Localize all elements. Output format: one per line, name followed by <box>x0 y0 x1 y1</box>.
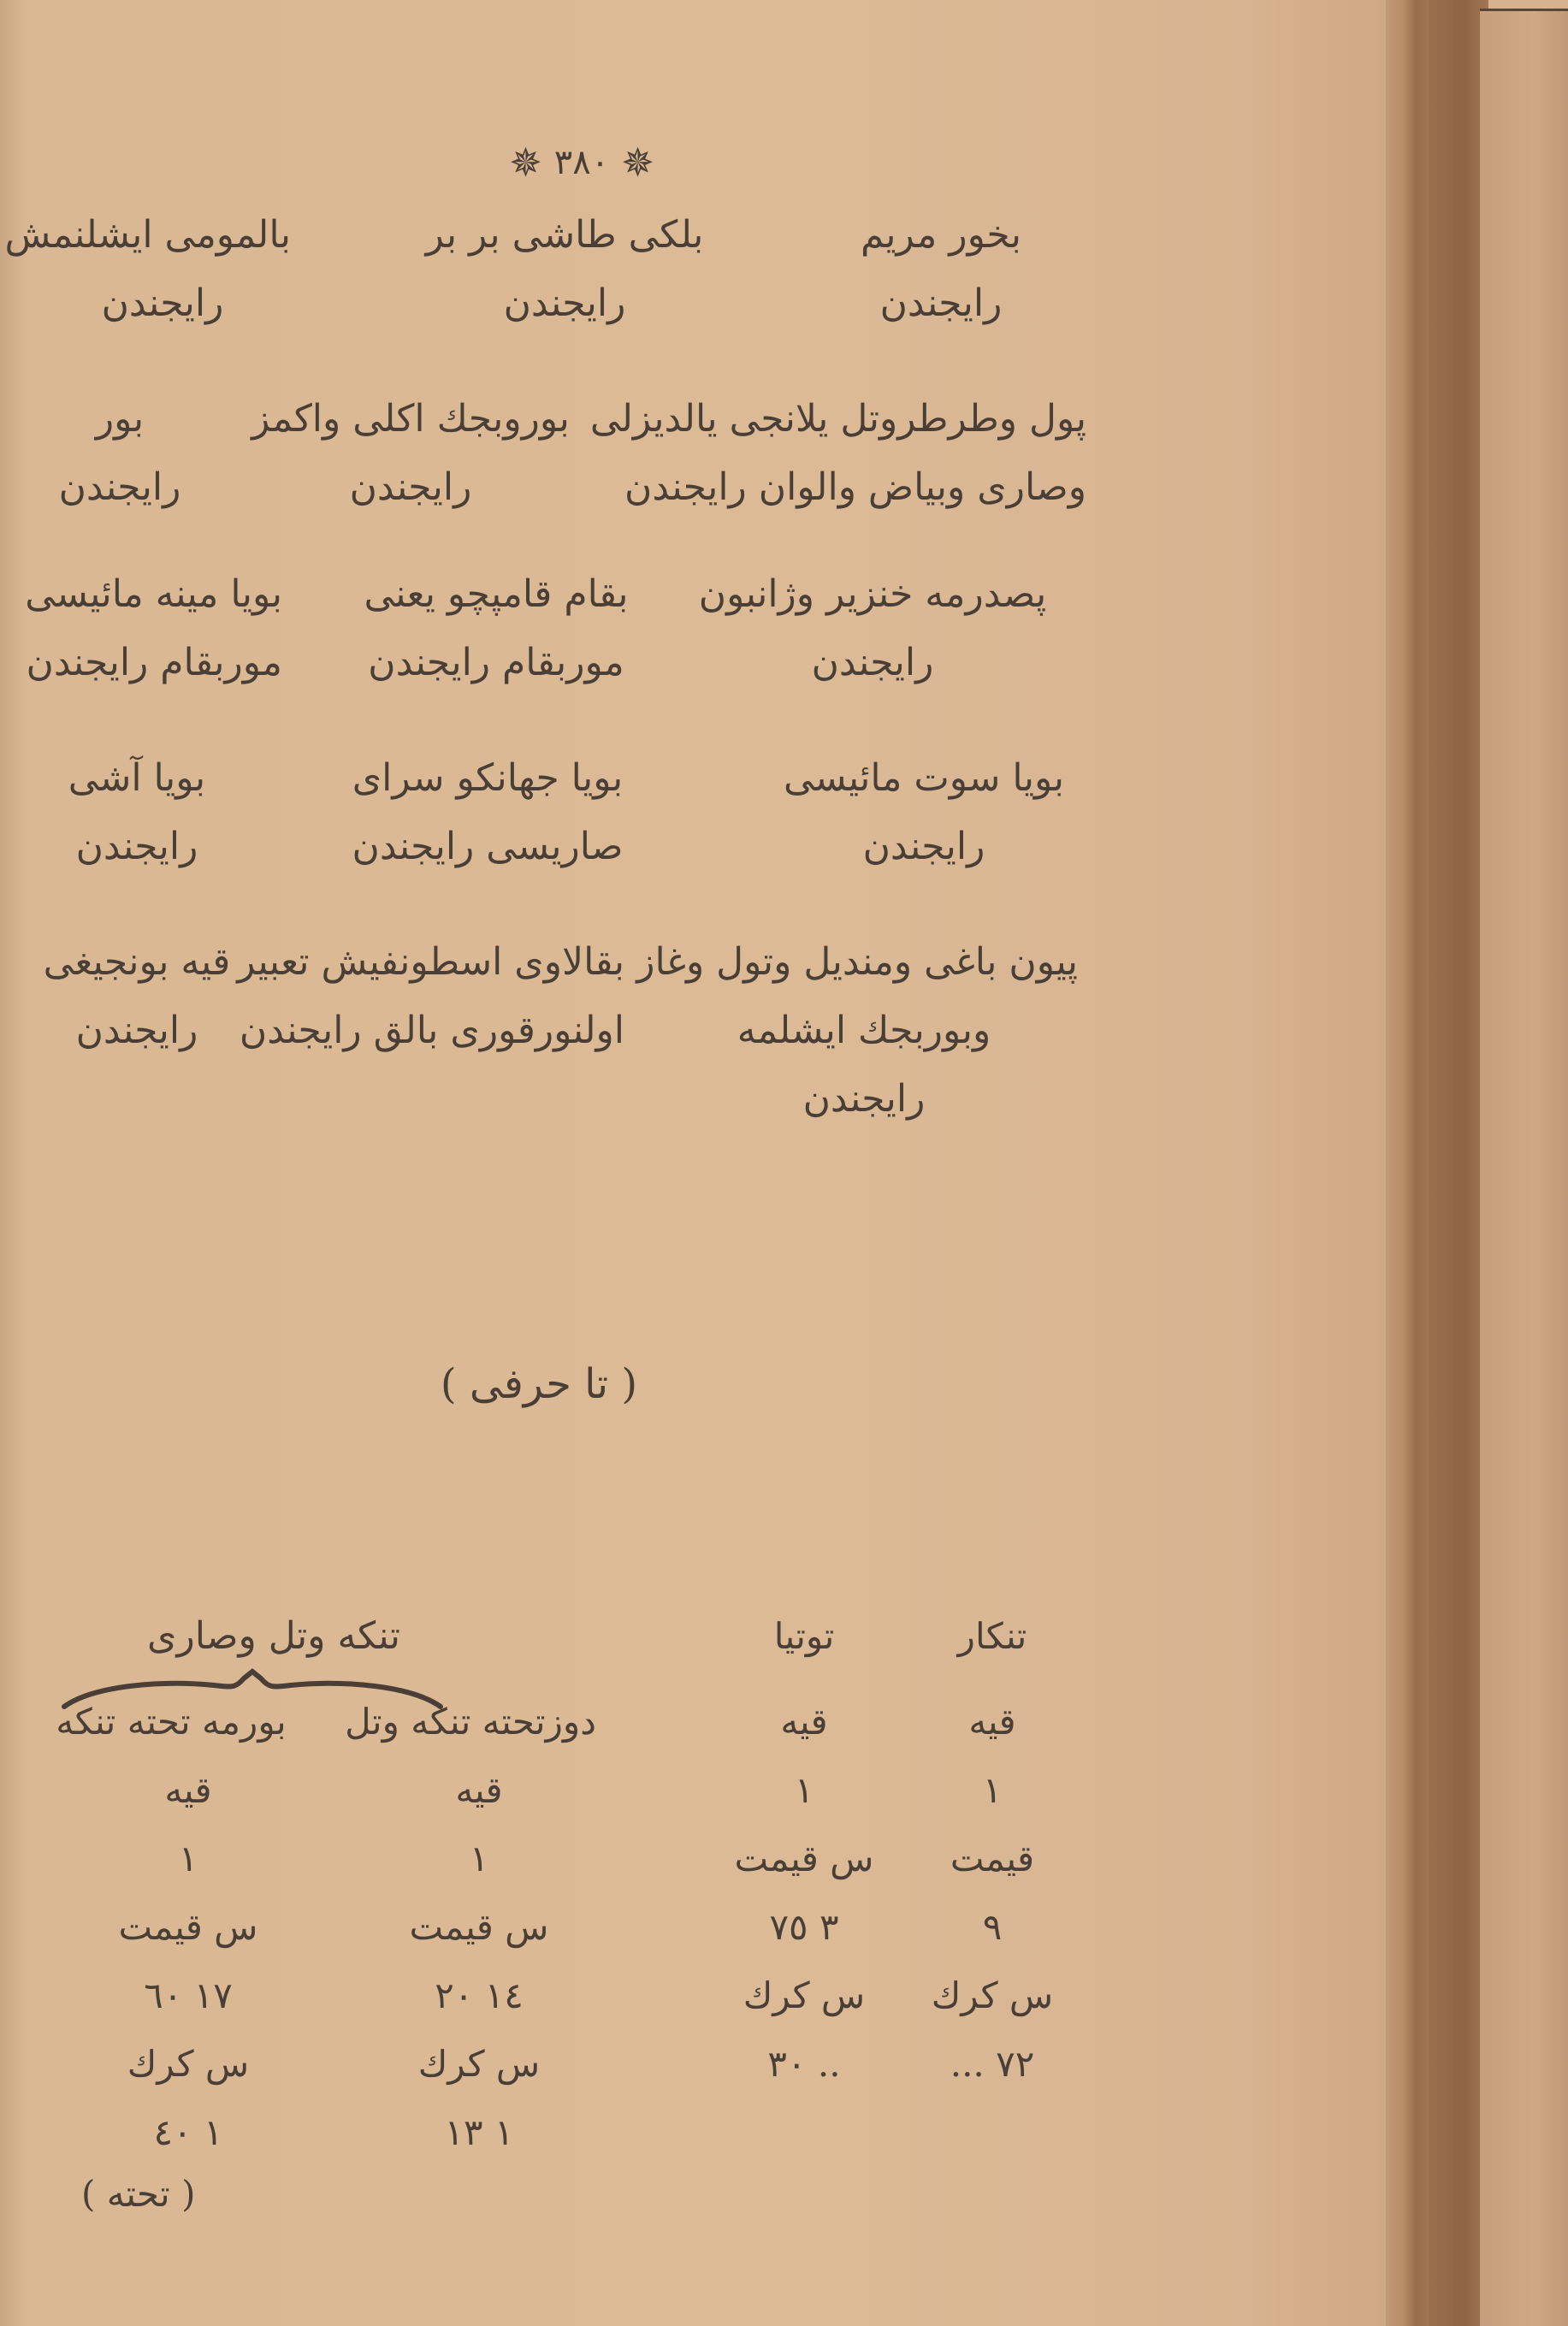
table-cell: ١٧ ٦٠ <box>120 1972 257 2020</box>
table-cell: س کرك <box>915 1972 1069 2020</box>
table-cell: ١ <box>120 1835 257 1883</box>
entry-title: بقام قامپچو یعنی <box>359 560 633 629</box>
entry: بخور مریم رایجندن <box>796 201 1086 338</box>
entry-subtitle: رایجندن <box>51 813 222 881</box>
column-header: توتیا <box>736 1613 873 1660</box>
entry-title: پیون باغی ومندیل وتول وغاز <box>650 928 1078 997</box>
entry: پصدرمه خنزیر وژانبون رایجندن <box>667 560 1078 697</box>
entry-subtitle: موربقام رایجندن <box>359 629 633 697</box>
page-number: ٣٨٠ <box>554 143 609 182</box>
entry: بویا آشی رایجندن <box>51 744 222 881</box>
table-cell: س قیمت <box>727 1835 881 1883</box>
table-cell: قیه <box>411 1767 547 1814</box>
entry-title: بلکی طاشی بر بر <box>393 201 736 269</box>
table-cell: .. ٣٠ <box>736 2040 873 2088</box>
entry-title: بویا مینه مائیسی <box>43 560 282 629</box>
table-cell: قیه <box>941 1698 1044 1746</box>
entry-subtitle: رایجندن <box>650 1065 1078 1133</box>
entry: بالمومی ایشلنمش رایجندن <box>34 201 291 338</box>
table-cell: قیه <box>120 1767 257 1814</box>
entry-subtitle: رایجندن <box>43 453 197 522</box>
entry: بویا مینه مائیسی موربقام رایجندن <box>43 560 282 697</box>
entry-subtitle: رایجندن <box>393 269 736 338</box>
entry-subtitle: اولنورقوری بالق رایجندن <box>257 997 624 1065</box>
table-cell: ٧٢ ... <box>924 2040 1061 2088</box>
entry: پول وطرطروتل یلانجی یالدیزلی وصاری وبیاض… <box>642 385 1086 522</box>
entry-title: پصدرمه خنزیر وژانبون <box>667 560 1078 629</box>
table-cell: قیه <box>736 1698 873 1746</box>
page-number-header: ✵ ٣٨٠ ✵ <box>479 137 684 188</box>
entry-subtitle: وصاری وبیاض والوان رایجندن <box>642 453 1086 522</box>
table-cell: ٩ <box>941 1903 1044 1951</box>
table-cell: س کرك <box>111 2040 265 2088</box>
table-cell: ١ ١٣ <box>411 2109 547 2157</box>
entry-title: بویا سوت مائیسی <box>770 744 1078 813</box>
entry: بلکی طاشی بر بر رایجندن <box>393 201 736 338</box>
entry-title: بقالاوی اسطونفیش تعبیر <box>257 928 624 997</box>
entry-subtitle: صاریسی رایجندن <box>334 813 642 881</box>
entry-subtitle: رایجندن <box>770 813 1078 881</box>
table-cell: قیمت <box>941 1835 1044 1883</box>
entry-title: بخور مریم <box>796 201 1086 269</box>
column-header: دوزتحته تنکه وتل <box>334 1698 607 1746</box>
table-cell: ١ <box>411 1835 547 1883</box>
entry: قیه بونجیغی رایجندن <box>34 928 240 1065</box>
entry-subtitle: رایجندن <box>34 269 291 338</box>
entry-title: بویا آشی <box>51 744 222 813</box>
table-cell: س قیمت <box>111 1903 265 1951</box>
table-cell: ١ <box>736 1767 873 1814</box>
catchword: ( تحته ) <box>81 2173 195 2215</box>
entry: بویا سوت مائیسی رایجندن <box>770 744 1078 881</box>
table-cell: س کرك <box>727 1972 881 2020</box>
entry: بقالاوی اسطونفیش تعبیر اولنورقوری بالق ر… <box>257 928 624 1065</box>
entry: پیون باغی ومندیل وتول وغاز وبوربجك ایشلم… <box>650 928 1078 1133</box>
next-page-edge <box>1480 9 1568 2326</box>
entry-subtitle: وبوربجك ایشلمه <box>650 997 1078 1065</box>
entry: بور رایجندن <box>43 385 197 522</box>
entry-title: بور <box>43 385 197 453</box>
column-header: تنکار <box>924 1613 1061 1660</box>
table-cell: ١ <box>941 1767 1044 1814</box>
entry-subtitle: رایجندن <box>34 997 240 1065</box>
entry-subtitle: رایجندن <box>667 629 1078 697</box>
column-header: بورمه تحته تنکه <box>43 1698 299 1746</box>
book-gutter <box>1386 0 1429 2326</box>
entry-subtitle: موربقام رایجندن <box>43 629 282 697</box>
table-cell: ٣ ٧٥ <box>736 1903 873 1951</box>
entry-title: بویا جهانکو سرای <box>334 744 642 813</box>
table-cell: ١ ٤٠ <box>120 2109 257 2157</box>
entry: بقام قامپچو یعنی موربقام رایجندن <box>359 560 633 697</box>
table-cell: ١٤ ٢٠ <box>411 1972 547 2020</box>
entry-title: بالمومی ایشلنمش <box>34 201 291 269</box>
section-title: ( تا حرفی ) <box>428 1360 650 1408</box>
entry-title: پول وطرطروتل یلانجی یالدیزلی <box>642 385 1086 453</box>
entry: بویا جهانکو سرای صاریسی رایجندن <box>334 744 642 881</box>
entry: بوروبجك اکلی واکمز رایجندن <box>231 385 590 522</box>
entry-subtitle: رایجندن <box>231 453 590 522</box>
entry-subtitle: رایجندن <box>796 269 1086 338</box>
table-cell: س کرك <box>402 2040 556 2088</box>
table-group-header: تنکه وتل وصاری <box>128 1613 419 1660</box>
ornament-star-icon: ✵ <box>509 139 542 186</box>
table-cell: س قیمت <box>402 1903 556 1951</box>
entry-title: قیه بونجیغی <box>34 928 240 997</box>
ornament-star-icon: ✵ <box>621 139 654 186</box>
entry-title: بوروبجك اکلی واکمز <box>231 385 590 453</box>
